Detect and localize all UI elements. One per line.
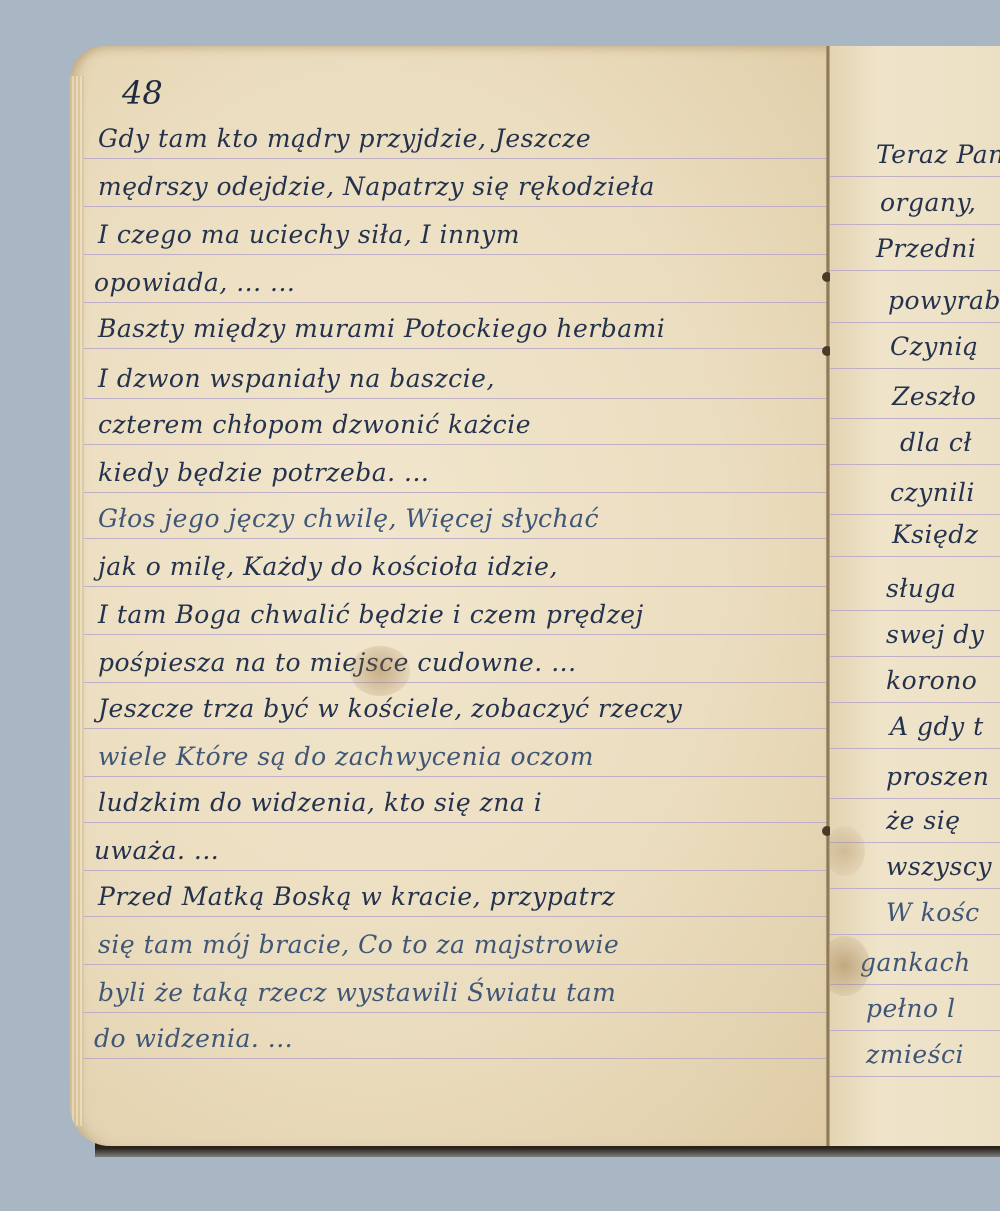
handwritten-line: organy, [880,188,976,217]
handwritten-line: Baszty między murami Potockiego herbami [98,314,665,343]
ruled-line [84,398,828,399]
ruled-line [830,176,1000,177]
handwritten-line: się tam mój bracie, Co to za majstrowie [98,930,619,959]
ruled-line [830,1030,1000,1031]
handwritten-line: byli że taką rzecz wystawili Światu tam [98,978,616,1007]
ruled-line [84,254,828,255]
handwritten-line: ludzkim do widzenia, kto się zna i [98,788,542,817]
handwritten-line: mędrszy odejdzie, Napatrzy się rękodzieł… [98,172,655,201]
handwritten-line: Głos jego jęczy chwilę, Więcej słychać [98,504,599,533]
ruled-line [84,348,828,349]
page-number: 48 [122,74,163,112]
ruled-line [84,728,828,729]
page-edge [70,76,84,1126]
handwritten-line: sługa [886,574,956,603]
ruled-line [830,798,1000,799]
ruled-line [830,464,1000,465]
handwritten-line: do widzenia. ... [94,1024,293,1053]
ruled-line [84,776,828,777]
ruled-line [84,822,828,823]
handwritten-line: pośpiesza na to miejsce cudowne. ... [98,648,577,677]
handwritten-line: uważa. ... [94,836,219,865]
handwritten-line: proszen [886,762,989,791]
ruled-line [830,224,1000,225]
ruled-line [830,748,1000,749]
handwritten-line: wiele Które są do zachwycenia oczom [98,742,594,771]
ruled-line [84,538,828,539]
handwritten-line: jak o milę, Każdy do kościoła idzie, [98,552,558,581]
ruled-line [84,206,828,207]
handwritten-line: czterem chłopom dzwonić każcie [98,410,531,439]
ruled-line [830,270,1000,271]
ruled-line [84,964,828,965]
handwritten-line: Czynią [890,332,978,361]
handwritten-line: swej dy [886,620,984,649]
handwritten-line: korono [886,666,977,695]
ruled-line [84,302,828,303]
handwritten-line: I dzwon wspaniały na baszcie, [98,364,495,393]
handwritten-line: I tam Boga chwalić będzie i czem prędzej [98,600,644,629]
ruled-line [830,656,1000,657]
handwritten-line: powyrab [888,286,1000,315]
right-page: Teraz Panorgany,PrzednipowyrabCzyniąZesz… [830,46,1000,1146]
handwritten-line: dla cł [900,428,972,457]
handwritten-line: że się [886,806,961,835]
handwritten-line: Teraz Pan [876,140,1000,169]
handwritten-line: gankach [860,948,971,977]
ruled-line [84,1012,828,1013]
ruled-line [830,934,1000,935]
handwritten-line: Gdy tam kto mądry przyjdzie, Jeszcze [98,124,591,153]
ruled-line [830,514,1000,515]
handwritten-line: czynili [890,478,975,507]
handwritten-line: pełno l [866,994,956,1023]
handwritten-line: W kośc [886,898,980,927]
ruled-line [830,702,1000,703]
handwritten-line: opowiada, ... ... [94,268,295,297]
ruled-line [830,556,1000,557]
handwritten-line: Przedni [876,234,976,263]
ruled-line [830,368,1000,369]
handwritten-line: Zeszło [892,382,976,411]
ruled-line [84,444,828,445]
ruled-line [830,888,1000,889]
notebook-spread: 48 Gdy tam kto mądry przyjdzie, Jeszczem… [70,46,1000,1146]
water-stain [830,936,870,996]
ruled-line [830,1076,1000,1077]
ruled-line [830,610,1000,611]
handwritten-line: zmieści [866,1040,964,1069]
ruled-line [84,916,828,917]
handwritten-line: Przed Matką Boską w kracie, przypatrz [98,882,615,911]
handwritten-line: A gdy t [890,712,984,741]
ruled-line [84,492,828,493]
ruled-line [84,158,828,159]
handwritten-line: Księdz [892,520,978,549]
ink-stain [350,646,410,696]
ruled-line [84,870,828,871]
handwritten-line: I czego ma uciechy siła, I innym [98,220,520,249]
water-stain [830,826,865,876]
handwritten-line: wszyscy [886,852,992,881]
handwritten-line: kiedy będzie potrzeba. ... [98,458,429,487]
ruled-line [830,322,1000,323]
ruled-line [84,1058,828,1059]
ruled-line [84,586,828,587]
ruled-line [84,634,828,635]
handwritten-line: Jeszcze trza być w kościele, zobaczyć rz… [98,694,682,723]
ruled-line [84,682,828,683]
ruled-line [830,418,1000,419]
left-page: 48 Gdy tam kto mądry przyjdzie, Jeszczem… [70,46,828,1146]
